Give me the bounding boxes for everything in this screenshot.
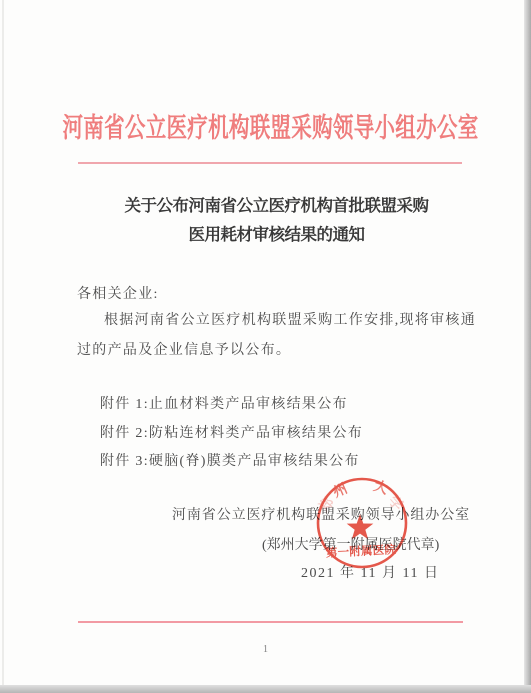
footer-divider-line: [78, 621, 463, 623]
scan-bottom-edge: [0, 685, 531, 693]
notice-title-line1: 关于公布河南省公立医疗机构首批联盟采购: [22, 192, 531, 221]
attachment-item-2: 附件 2:防粘连材料类产品审核结果公布: [100, 420, 363, 449]
letterhead-divider-line: [78, 162, 462, 164]
page-number: 1: [0, 644, 531, 655]
attachment-item-3: 附件 3:硬脑(脊)膜类产品审核结果公布: [100, 448, 363, 477]
signature-date: 2021 年 11 月 11 日: [301, 562, 439, 582]
scanned-page: 河南省公立医疗机构联盟采购领导小组办公室 关于公布河南省公立医疗机构首批联盟采购…: [0, 0, 531, 693]
scan-left-edge: [2, 0, 4, 685]
notice-title-line2: 医用耗材审核结果的通知: [22, 221, 531, 250]
seal-arc-char-3: 大: [372, 477, 391, 497]
seal-arc-char-2: 州: [331, 481, 350, 501]
attachment-item-1: 附件 1:止血材料类产品审核结果公布: [100, 391, 363, 420]
scan-right-edge: [524, 0, 531, 693]
paragraph-line2: 过的产品及企业信息予以公布。: [77, 339, 291, 359]
notice-title: 关于公布河南省公立医疗机构首批联盟采购 医用耗材审核结果的通知: [22, 192, 531, 249]
letterhead-title: 河南省公立医疗机构联盟采购领导小组办公室: [10, 105, 531, 145]
salutation: 各相关企业:: [77, 283, 159, 303]
signature-org-name: 河南省公立医疗机构联盟采购领导小组办公室: [172, 504, 470, 524]
attachment-list: 附件 1:止血材料类产品审核结果公布 附件 2:防粘连材料类产品审核结果公布 附…: [100, 391, 363, 477]
signature-agent-note: (郑州大学第一附属医院代章): [262, 534, 439, 554]
paragraph-line1: 根据河南省公立医疗机构联盟采购工作安排,现将审核通: [104, 309, 476, 329]
